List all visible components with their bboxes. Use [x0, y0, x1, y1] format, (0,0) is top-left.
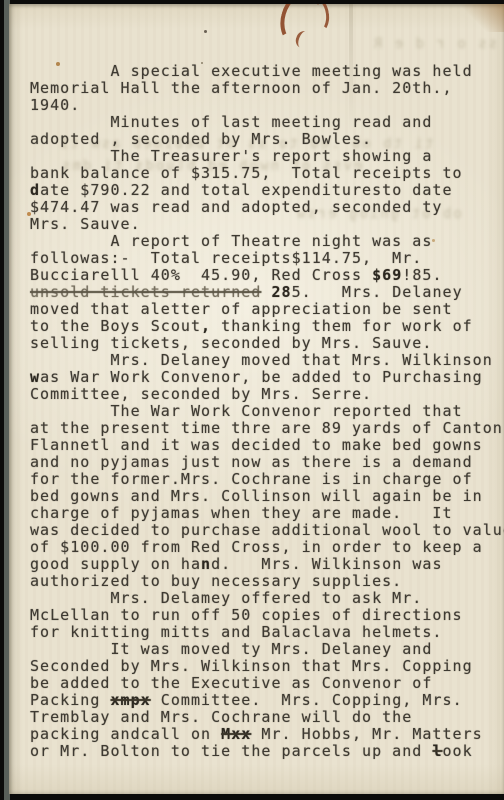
document-line: to the Boys Scout, thanking them for wor… — [30, 318, 504, 335]
document-page: b o ss o r d e Rti tb ob .ed to ss ot be… — [9, 4, 504, 794]
document-line: of $100.00 from Red Cross, in order to k… — [30, 539, 504, 556]
document-line: Committee, seconded by Mrs. Serre. — [30, 386, 504, 403]
document-line: was decided to purchase additional wool … — [30, 522, 504, 539]
document-line: adopted , seconded by Mrs. Bowles. — [30, 131, 504, 148]
document-line: for the former.Mrs. Cochrane is in charg… — [30, 471, 504, 488]
document-line: 1940. — [30, 97, 504, 114]
document-line: packing andcall on Mxx Mr. Hobbs, Mr. Ma… — [30, 726, 504, 743]
document-line: Memorial Hall the afternoon of Jan. 20th… — [30, 80, 504, 97]
bleedthrough-text: b o ss o r d e R — [372, 36, 504, 52]
document-line: unsold tickets returned 285. Mrs. Delane… — [30, 284, 504, 301]
document-line: A report of Theatre night was as — [30, 233, 504, 250]
document-line: Packing xmpx Committee. Mrs. Copping, Mr… — [30, 692, 504, 709]
page-corner-shade — [458, 4, 504, 32]
document-line: for knitting mitts and Balaclava helmets… — [30, 624, 504, 641]
document-line: at the present time thre are 89 yards of… — [30, 420, 504, 437]
document-line: The War Work Convenor reported that — [30, 403, 504, 420]
document-line: charge of pyjamas when they are made. It — [30, 505, 504, 522]
document-line: followas:- Total receipts$114.75, Mr. — [30, 250, 504, 267]
page-surface: b o ss o r d e Rti tb ob .ed to ss ot be… — [9, 4, 504, 794]
document-line: moved that aletter of appreciation be se… — [30, 301, 504, 318]
document-text: A special executive meeting was heldMemo… — [30, 63, 504, 760]
document-line: Bucciarelll 40% 45.90, Red Cross $69!85. — [30, 267, 504, 284]
document-line: bank balance of $315.75, Total receipts … — [30, 165, 504, 182]
document-line: A special executive meeting was held — [30, 63, 504, 80]
document-line: McLellan to run off 50 copies of directi… — [30, 607, 504, 624]
document-line: $474.47 was read and adopted, seconded t… — [30, 199, 504, 216]
document-line: and no pyjamas just now as there is a de… — [30, 454, 504, 471]
document-line: authorized to buy necessary supplies. — [30, 573, 504, 590]
document-line: Tremblay and Mrs. Cochrane will do the — [30, 709, 504, 726]
document-line: was War Work Convenor, be added to Purch… — [30, 369, 504, 386]
paper-speck — [204, 30, 207, 33]
document-line: Mrs. Sauve. — [30, 216, 504, 233]
document-line: bed gowns and Mrs. Collinson will again … — [30, 488, 504, 505]
document-line: good supply on hand. Mrs. Wilkinson was — [30, 556, 504, 573]
document-line: be added to the Executive as Convenor of — [30, 675, 504, 692]
document-line: or Mr. Bolton to tie the parcels up and … — [30, 743, 504, 760]
document-line: date $790.22 and total expendituresto da… — [30, 182, 504, 199]
document-line: Minutes of last meeting read and — [30, 114, 504, 131]
scan-background: b o ss o r d e Rti tb ob .ed to ss ot be… — [0, 0, 504, 800]
document-line: Mrs. Delamey offered to ask Mr. — [30, 590, 504, 607]
document-line: Seconded by Mrs. Wilkinson that Mrs. Cop… — [30, 658, 504, 675]
document-line: Flannetl and it was decided to make bed … — [30, 437, 504, 454]
document-line: Mrs. Delaney moved that Mrs. Wilkinson — [30, 352, 504, 369]
document-line: It was moved ty Mrs. Delaney and — [30, 641, 504, 658]
document-line: selling tickets, seconded by Mrs. Sauve. — [30, 335, 504, 352]
document-line: The Treasurer's report showing a — [30, 148, 504, 165]
